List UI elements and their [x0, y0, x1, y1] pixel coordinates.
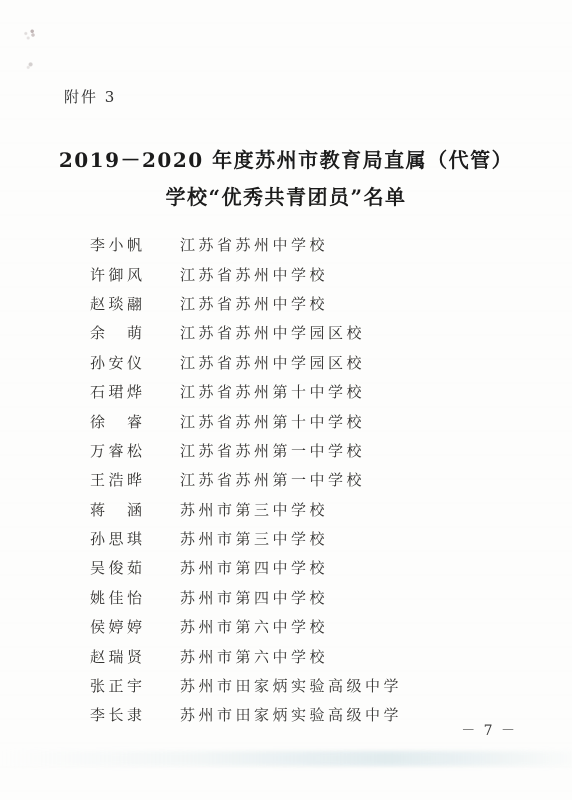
list-item: 李长隶 苏州市田家炳实验高级中学	[90, 700, 402, 729]
list-item: 许御风 江苏省苏州中学校	[90, 259, 402, 288]
roster-list: 李小帆 江苏省苏州中学校 许御风 江苏省苏州中学校 赵琰翮 江苏省苏州中学校 余…	[90, 230, 402, 730]
student-name: 张正宇	[90, 675, 142, 696]
student-name: 姚佳怡	[90, 587, 142, 608]
list-item: 侯婷婷 苏州市第六中学校	[90, 612, 402, 641]
list-item: 王浩晔 江苏省苏州第一中学校	[90, 465, 402, 494]
list-item: 余萌 江苏省苏州中学园区校	[90, 318, 402, 347]
school-name: 江苏省苏州第一中学校	[180, 440, 365, 461]
school-name: 江苏省苏州第十中学校	[180, 381, 365, 402]
student-name: 侯婷婷	[90, 616, 142, 637]
school-name: 苏州市第四中学校	[180, 587, 328, 608]
student-name: 赵瑞贤	[90, 646, 142, 667]
list-item: 张正宇 苏州市田家炳实验高级中学	[90, 671, 402, 700]
list-item: 姚佳怡 苏州市第四中学校	[90, 583, 402, 612]
scan-artifact-speck	[21, 26, 37, 41]
attachment-label: 附件 3	[64, 86, 116, 107]
school-name: 苏州市田家炳实验高级中学	[180, 704, 402, 725]
school-name: 江苏省苏州第一中学校	[180, 469, 365, 490]
student-name: 吴俊茹	[90, 557, 142, 578]
student-name: 王浩晔	[90, 469, 142, 490]
page-number: － 7 －	[461, 720, 517, 740]
list-item: 蒋涵 苏州市第三中学校	[90, 495, 402, 524]
school-name: 苏州市第三中学校	[180, 499, 328, 520]
student-name: 李小帆	[90, 234, 142, 255]
list-item: 孙思琪 苏州市第三中学校	[90, 524, 402, 553]
student-name: 蒋涵	[90, 499, 142, 520]
list-item: 孙安仪 江苏省苏州中学园区校	[90, 348, 402, 377]
list-item: 吴俊茹 苏州市第四中学校	[90, 553, 402, 582]
student-name: 孙安仪	[90, 352, 142, 373]
scanned-document-page: { "document": { "attachment_label": "附件 …	[0, 0, 572, 800]
school-name: 苏州市第四中学校	[180, 557, 328, 578]
school-name: 苏州市田家炳实验高级中学	[180, 675, 402, 696]
scan-artifact-speck	[24, 59, 36, 71]
student-name: 许御风	[90, 264, 142, 285]
scan-artifact-band	[0, 751, 572, 766]
student-name: 余萌	[90, 322, 142, 343]
list-item: 赵琰翮 江苏省苏州中学校	[90, 289, 402, 318]
school-name: 江苏省苏州中学校	[180, 264, 328, 285]
school-name: 苏州市第六中学校	[180, 646, 328, 667]
list-item: 徐睿 江苏省苏州第十中学校	[90, 406, 402, 435]
list-item: 李小帆 江苏省苏州中学校	[90, 230, 402, 259]
list-item: 赵瑞贤 苏州市第六中学校	[90, 641, 402, 670]
document-title-line1: 2019－2020 年度苏州市教育局直属（代管）	[0, 142, 572, 179]
document-title: 2019－2020 年度苏州市教育局直属（代管） 学校“优秀共青团员”名单	[0, 142, 572, 216]
school-name: 江苏省苏州中学园区校	[180, 352, 365, 373]
school-name: 苏州市第三中学校	[180, 528, 328, 549]
list-item: 石珺烨 江苏省苏州第十中学校	[90, 377, 402, 406]
school-name: 苏州市第六中学校	[180, 616, 328, 637]
student-name: 赵琰翮	[90, 293, 142, 314]
student-name: 石珺烨	[90, 381, 142, 402]
school-name: 江苏省苏州中学校	[180, 293, 328, 314]
school-name: 江苏省苏州中学园区校	[180, 322, 365, 343]
school-name: 江苏省苏州中学校	[180, 234, 328, 255]
student-name: 孙思琪	[90, 528, 142, 549]
list-item: 万睿松 江苏省苏州第一中学校	[90, 436, 402, 465]
school-name: 江苏省苏州第十中学校	[180, 411, 365, 432]
student-name: 徐睿	[90, 411, 142, 432]
student-name: 李长隶	[90, 704, 142, 725]
student-name: 万睿松	[90, 440, 142, 461]
document-title-line2: 学校“优秀共青团员”名单	[0, 179, 572, 216]
